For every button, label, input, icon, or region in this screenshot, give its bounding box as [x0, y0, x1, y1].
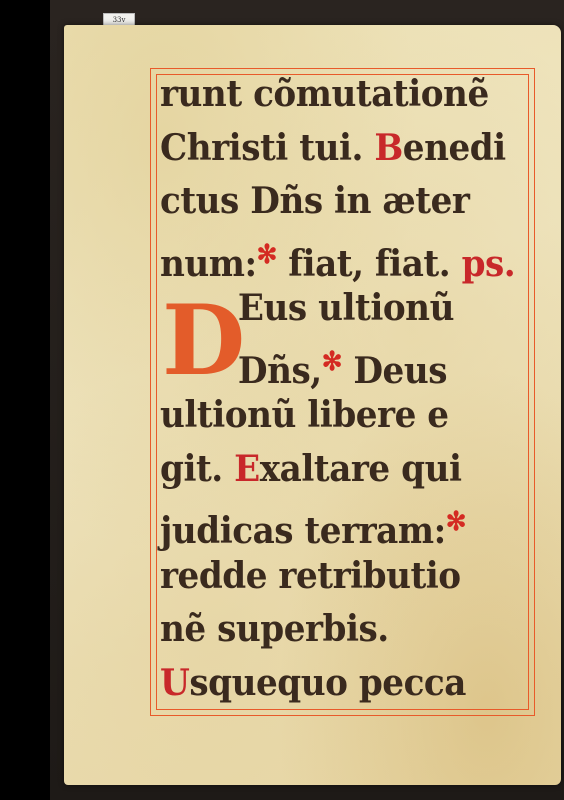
- text-line-8: git. Exaltare qui: [160, 443, 521, 497]
- text-line-2: Christi tui. Benedi: [160, 122, 521, 176]
- line-text: nẽ superbis.: [160, 608, 389, 650]
- text-line-5: Eus ultionũ: [160, 282, 521, 336]
- line-text: redde retributio: [160, 555, 461, 597]
- line-text: fiat, fiat.: [277, 243, 450, 285]
- rubric-initial: E: [234, 448, 260, 490]
- chant-text-block: runt cõmutationẽ Christi tui. Benedi ctu…: [160, 68, 540, 710]
- line-text: xaltare qui: [260, 448, 462, 490]
- asterisk-star-icon: ✻: [446, 507, 466, 537]
- text-line-6: Dñs,✻ Deus: [160, 336, 521, 390]
- line-text: Eus ultionũ: [238, 287, 454, 329]
- line-text: runt cõmutationẽ: [160, 73, 489, 115]
- rubric-initial: B: [374, 127, 402, 169]
- rubric-initial: U: [160, 662, 189, 704]
- asterisk-star-icon: ✻: [322, 347, 342, 377]
- text-line-11: nẽ superbis.: [160, 603, 521, 657]
- left-black-margin: [0, 0, 50, 800]
- text-line-9: judicas terram:✻: [160, 496, 521, 550]
- asterisk-star-icon: ✻: [257, 240, 277, 270]
- line-text: num:: [160, 243, 257, 285]
- line-text: enedi: [403, 127, 506, 169]
- line-text: ctus Dñs in æter: [160, 180, 469, 222]
- text-line-7: ultionũ libere e: [160, 389, 521, 443]
- line-text: git.: [160, 448, 234, 490]
- text-line-1: runt cõmutationẽ: [160, 68, 521, 122]
- text-line-12: Usquequo pecca: [160, 657, 521, 711]
- line-text: Deus: [342, 350, 447, 392]
- line-text: Christi tui.: [160, 127, 374, 169]
- text-line-4: num:✻ fiat, fiat. ps.: [160, 229, 521, 283]
- line-text: squequo pecca: [189, 662, 466, 704]
- psalm-rubric: ps.: [462, 243, 516, 285]
- line-text: ultionũ libere e: [160, 394, 449, 436]
- line-text: Dñs,: [238, 350, 322, 392]
- text-line-10: redde retributio: [160, 550, 521, 604]
- line-text: judicas terram:: [160, 510, 446, 552]
- text-line-3: ctus Dñs in æter: [160, 175, 521, 229]
